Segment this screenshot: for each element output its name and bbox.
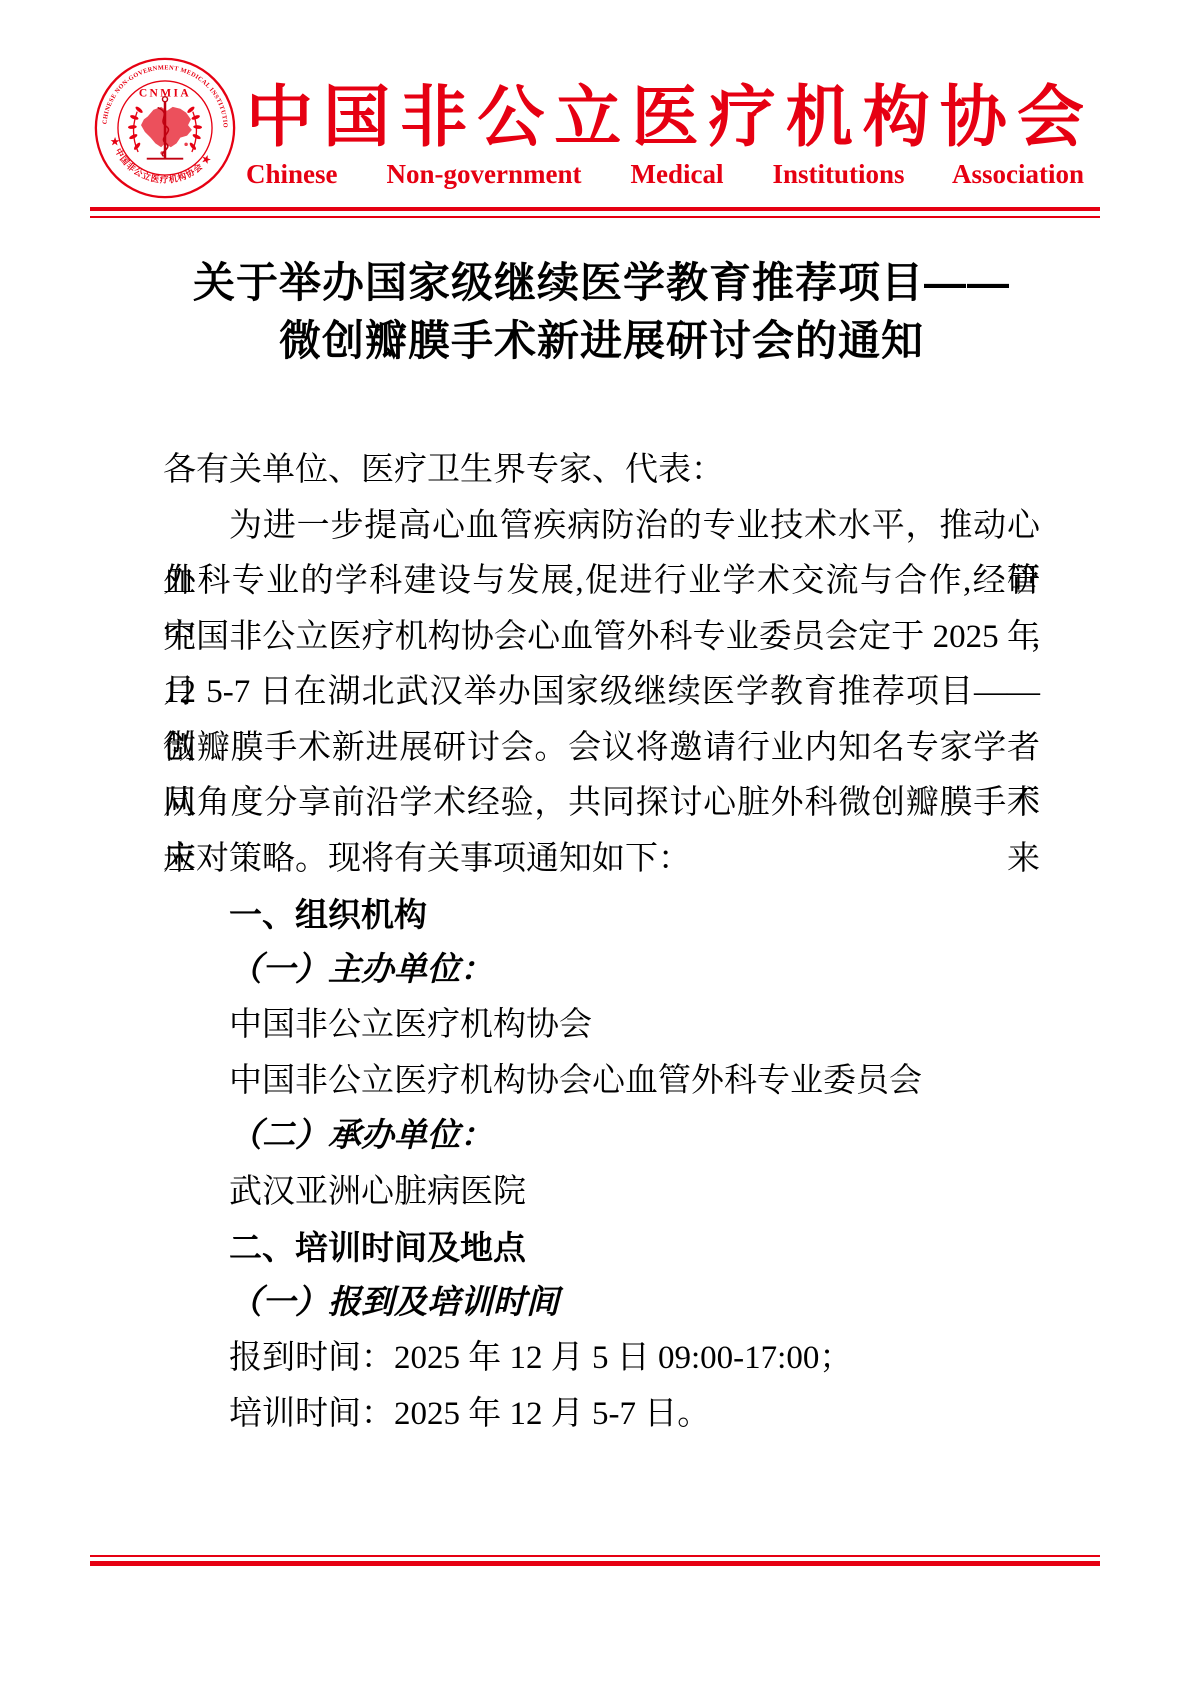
section-heading-2: 二、培训时间及地点 (163, 1220, 1040, 1276)
logo-laurel-left (128, 106, 144, 152)
footer-rule-thin (90, 1555, 1100, 1557)
body-line: 外科专业的学科建设与发展,促进行业学术交流与合作,经研究, (163, 554, 1040, 610)
section-heading-1: 一、组织机构 (163, 887, 1040, 943)
header-rule-thick (90, 207, 1100, 211)
organizer-line: 武汉亚洲心脏病医院 (163, 1165, 1040, 1221)
document-body: 各有关单位、医疗卫生界专家、代表： 为进一步提高心血管疾病防治的专业技术水平，推… (163, 443, 1040, 1442)
logo-acronym: CNMIA (139, 87, 191, 99)
body-line: 创瓣膜手术新进展研讨会。会议将邀请行业内知名专家学者从不 (163, 721, 1040, 777)
document-title-line2: 微创瓣膜手术新进展研讨会的通知 (163, 312, 1040, 370)
document-title-line1: 关于举办国家级继续医学教育推荐项目—— (163, 254, 1040, 312)
training-time: 培训时间：2025 年 12 月 5-7 日。 (163, 1387, 1040, 1443)
body-line: 同角度分享前沿学术经验，共同探讨心脏外科微创瓣膜手术未来 (163, 776, 1040, 832)
registration-time: 报到时间：2025 年 12 月 5 日 09:00-17:00； (163, 1331, 1040, 1387)
org-name-chinese: 中国非公立医疗机构协会 (246, 76, 1084, 160)
subsection-heading: （一）主办单位： (163, 943, 1040, 999)
header-rule-thin (90, 216, 1100, 218)
body-line: 中国非公立医疗机构协会心血管外科专业委员会定于 2025 年 12 (163, 610, 1040, 666)
subsection-heading: （一）报到及培训时间 (163, 1276, 1040, 1332)
body-line: 月 5-7 日在湖北武汉举办国家级继续医学教育推荐项目——微 (163, 665, 1040, 721)
logo-map-taiwan (184, 143, 187, 146)
footer-rule-thick (90, 1561, 1100, 1566)
host-org-line: 中国非公立医疗机构协会心血管外科专业委员会 (163, 1054, 1040, 1110)
notice-document-page: CHINESE NON-GOVERNMENT MEDICAL INSTITUTI… (0, 0, 1190, 1683)
host-org-line: 中国非公立医疗机构协会 (163, 998, 1040, 1054)
document-title: 关于举办国家级继续医学教育推荐项目—— 微创瓣膜手术新进展研讨会的通知 (163, 254, 1040, 370)
body-line: 为进一步提高心血管疾病防治的专业技术水平，推动心血管 (163, 499, 1040, 555)
association-logo: CHINESE NON-GOVERNMENT MEDICAL INSTITUTI… (93, 56, 237, 200)
subsection-heading: （二）承办单位： (163, 1109, 1040, 1165)
org-name-english: Chinese Non-government Medical Instituti… (246, 156, 1084, 192)
salutation-line: 各有关单位、医疗卫生界专家、代表： (163, 443, 1040, 499)
